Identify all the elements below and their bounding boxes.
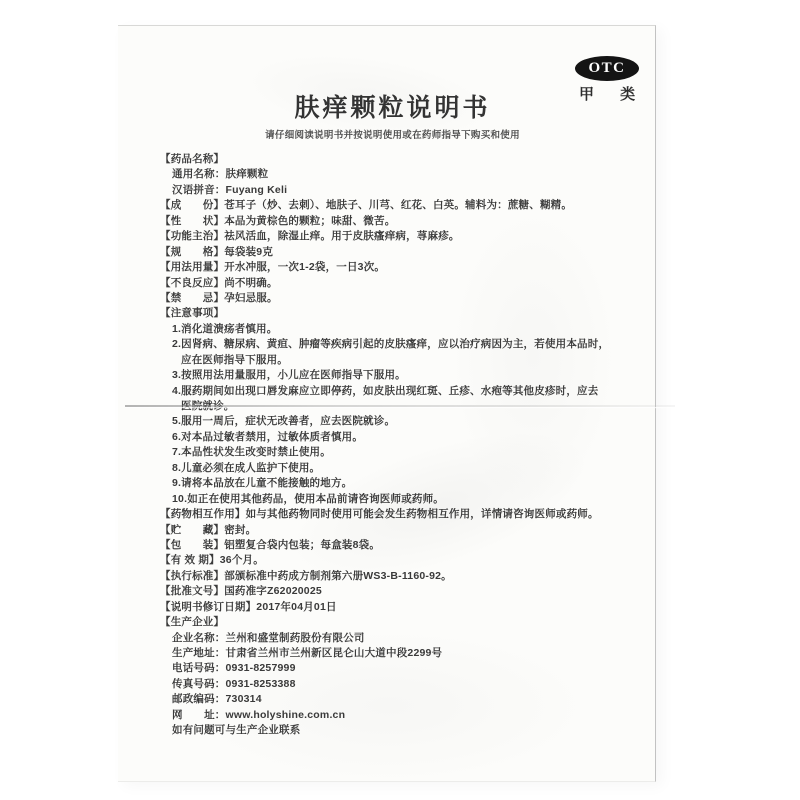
insert-line: 应在医师指导下服用。 xyxy=(160,353,630,368)
insert-line: 【药品名称】 xyxy=(160,152,630,167)
insert-line: 6.对本品过敏者禁用，过敏体质者慎用。 xyxy=(160,430,630,445)
otc-badge-label: OTC xyxy=(588,60,625,77)
insert-line: 【贮 藏】密封。 xyxy=(160,523,630,538)
insert-line: 【注意事项】 xyxy=(160,306,630,321)
insert-line: 4.服药期间如出现口唇发麻应立即停药，如皮肤出现红斑、丘疹、水疱等其他皮疹时，应… xyxy=(160,384,630,399)
fold-crease-line xyxy=(125,405,675,407)
insert-line: 3.按照用法用量服用，小儿应在医师指导下服用。 xyxy=(160,368,630,383)
insert-line: 7.本品性状发生改变时禁止使用。 xyxy=(160,445,630,460)
insert-line: 【用法用量】开水冲服，一次1-2袋，一日3次。 xyxy=(160,260,630,275)
otc-badge-icon: OTC xyxy=(575,56,639,81)
insert-line: 【包 装】铝塑复合袋内包装；每盒装8袋。 xyxy=(160,538,630,553)
insert-line: 10.如正在使用其他药品，使用本品前请咨询医师或药师。 xyxy=(160,492,630,507)
insert-title: 肤痒颗粒说明书 xyxy=(160,88,625,124)
insert-line: 传真号码：0931-8253388 xyxy=(160,677,630,692)
insert-line: 2.因肾病、糖尿病、黄疸、肿瘤等疾病引起的皮肤瘙痒，应以治疗病因为主，若使用本品… xyxy=(160,337,630,352)
insert-line: 【功能主治】祛风活血，除湿止痒。用于皮肤瘙痒病，荨麻疹。 xyxy=(160,229,630,244)
insert-line: 汉语拼音：Fuyang Keli xyxy=(160,183,630,198)
insert-line: 【生产企业】 xyxy=(160,615,630,630)
insert-line: 生产地址：甘肃省兰州市兰州新区昆仑山大道中段2299号 xyxy=(160,646,630,661)
insert-line: 【规 格】每袋装9克 xyxy=(160,245,630,260)
insert-line: 【批准文号】国药准字Z62020025 xyxy=(160,584,630,599)
insert-line: 5.服用一周后，症状无改善者，应去医院就诊。 xyxy=(160,414,630,429)
insert-line: 【性 状】本品为黄棕色的颗粒；味甜、微苦。 xyxy=(160,214,630,229)
insert-line: 【有 效 期】36个月。 xyxy=(160,553,630,568)
insert-line: 【药物相互作用】如与其他药物同时使用可能会发生药物相互作用，详情请咨询医师或药师… xyxy=(160,507,630,522)
insert-line: 通用名称：肤痒颗粒 xyxy=(160,167,630,182)
insert-line: 【禁 忌】孕妇忌服。 xyxy=(160,291,630,306)
package-insert-sheet: OTC 甲 类 肤痒颗粒说明书 请仔细阅读说明书并按说明使用或在药师指导下购买和… xyxy=(118,25,656,782)
insert-line: 【不良反应】尚不明确。 xyxy=(160,276,630,291)
insert-line: 企业名称：兰州和盛堂制药股份有限公司 xyxy=(160,631,630,646)
insert-subtitle: 请仔细阅读说明书并按说明使用或在药师指导下购买和使用 xyxy=(160,127,625,141)
insert-line: 8.儿童必须在成人监护下使用。 xyxy=(160,461,630,476)
insert-body: 【药品名称】通用名称：肤痒颗粒汉语拼音：Fuyang Keli【成 份】苍耳子（… xyxy=(160,152,630,739)
insert-line: 【执行标准】部颁标准中药成方制剂第六册WS3-B-1160-92。 xyxy=(160,569,630,584)
insert-line: 1.消化道溃疡者慎用。 xyxy=(160,322,630,337)
insert-line: 电话号码：0931-8257999 xyxy=(160,661,630,676)
insert-line: 邮政编码：730314 xyxy=(160,692,630,707)
insert-line: 【说明书修订日期】2017年04月01日 xyxy=(160,600,630,615)
insert-line: 如有问题可与生产企业联系 xyxy=(160,723,630,738)
insert-line: 网 址：www.holyshine.com.cn xyxy=(160,708,630,723)
photo-background: OTC 甲 类 肤痒颗粒说明书 请仔细阅读说明书并按说明使用或在药师指导下购买和… xyxy=(0,0,800,800)
insert-line: 【成 份】苍耳子（炒、去刺）、地肤子、川芎、红花、白英。辅料为：蔗糖、糊精。 xyxy=(160,198,630,213)
insert-line: 9.请将本品放在儿童不能接触的地方。 xyxy=(160,476,630,491)
